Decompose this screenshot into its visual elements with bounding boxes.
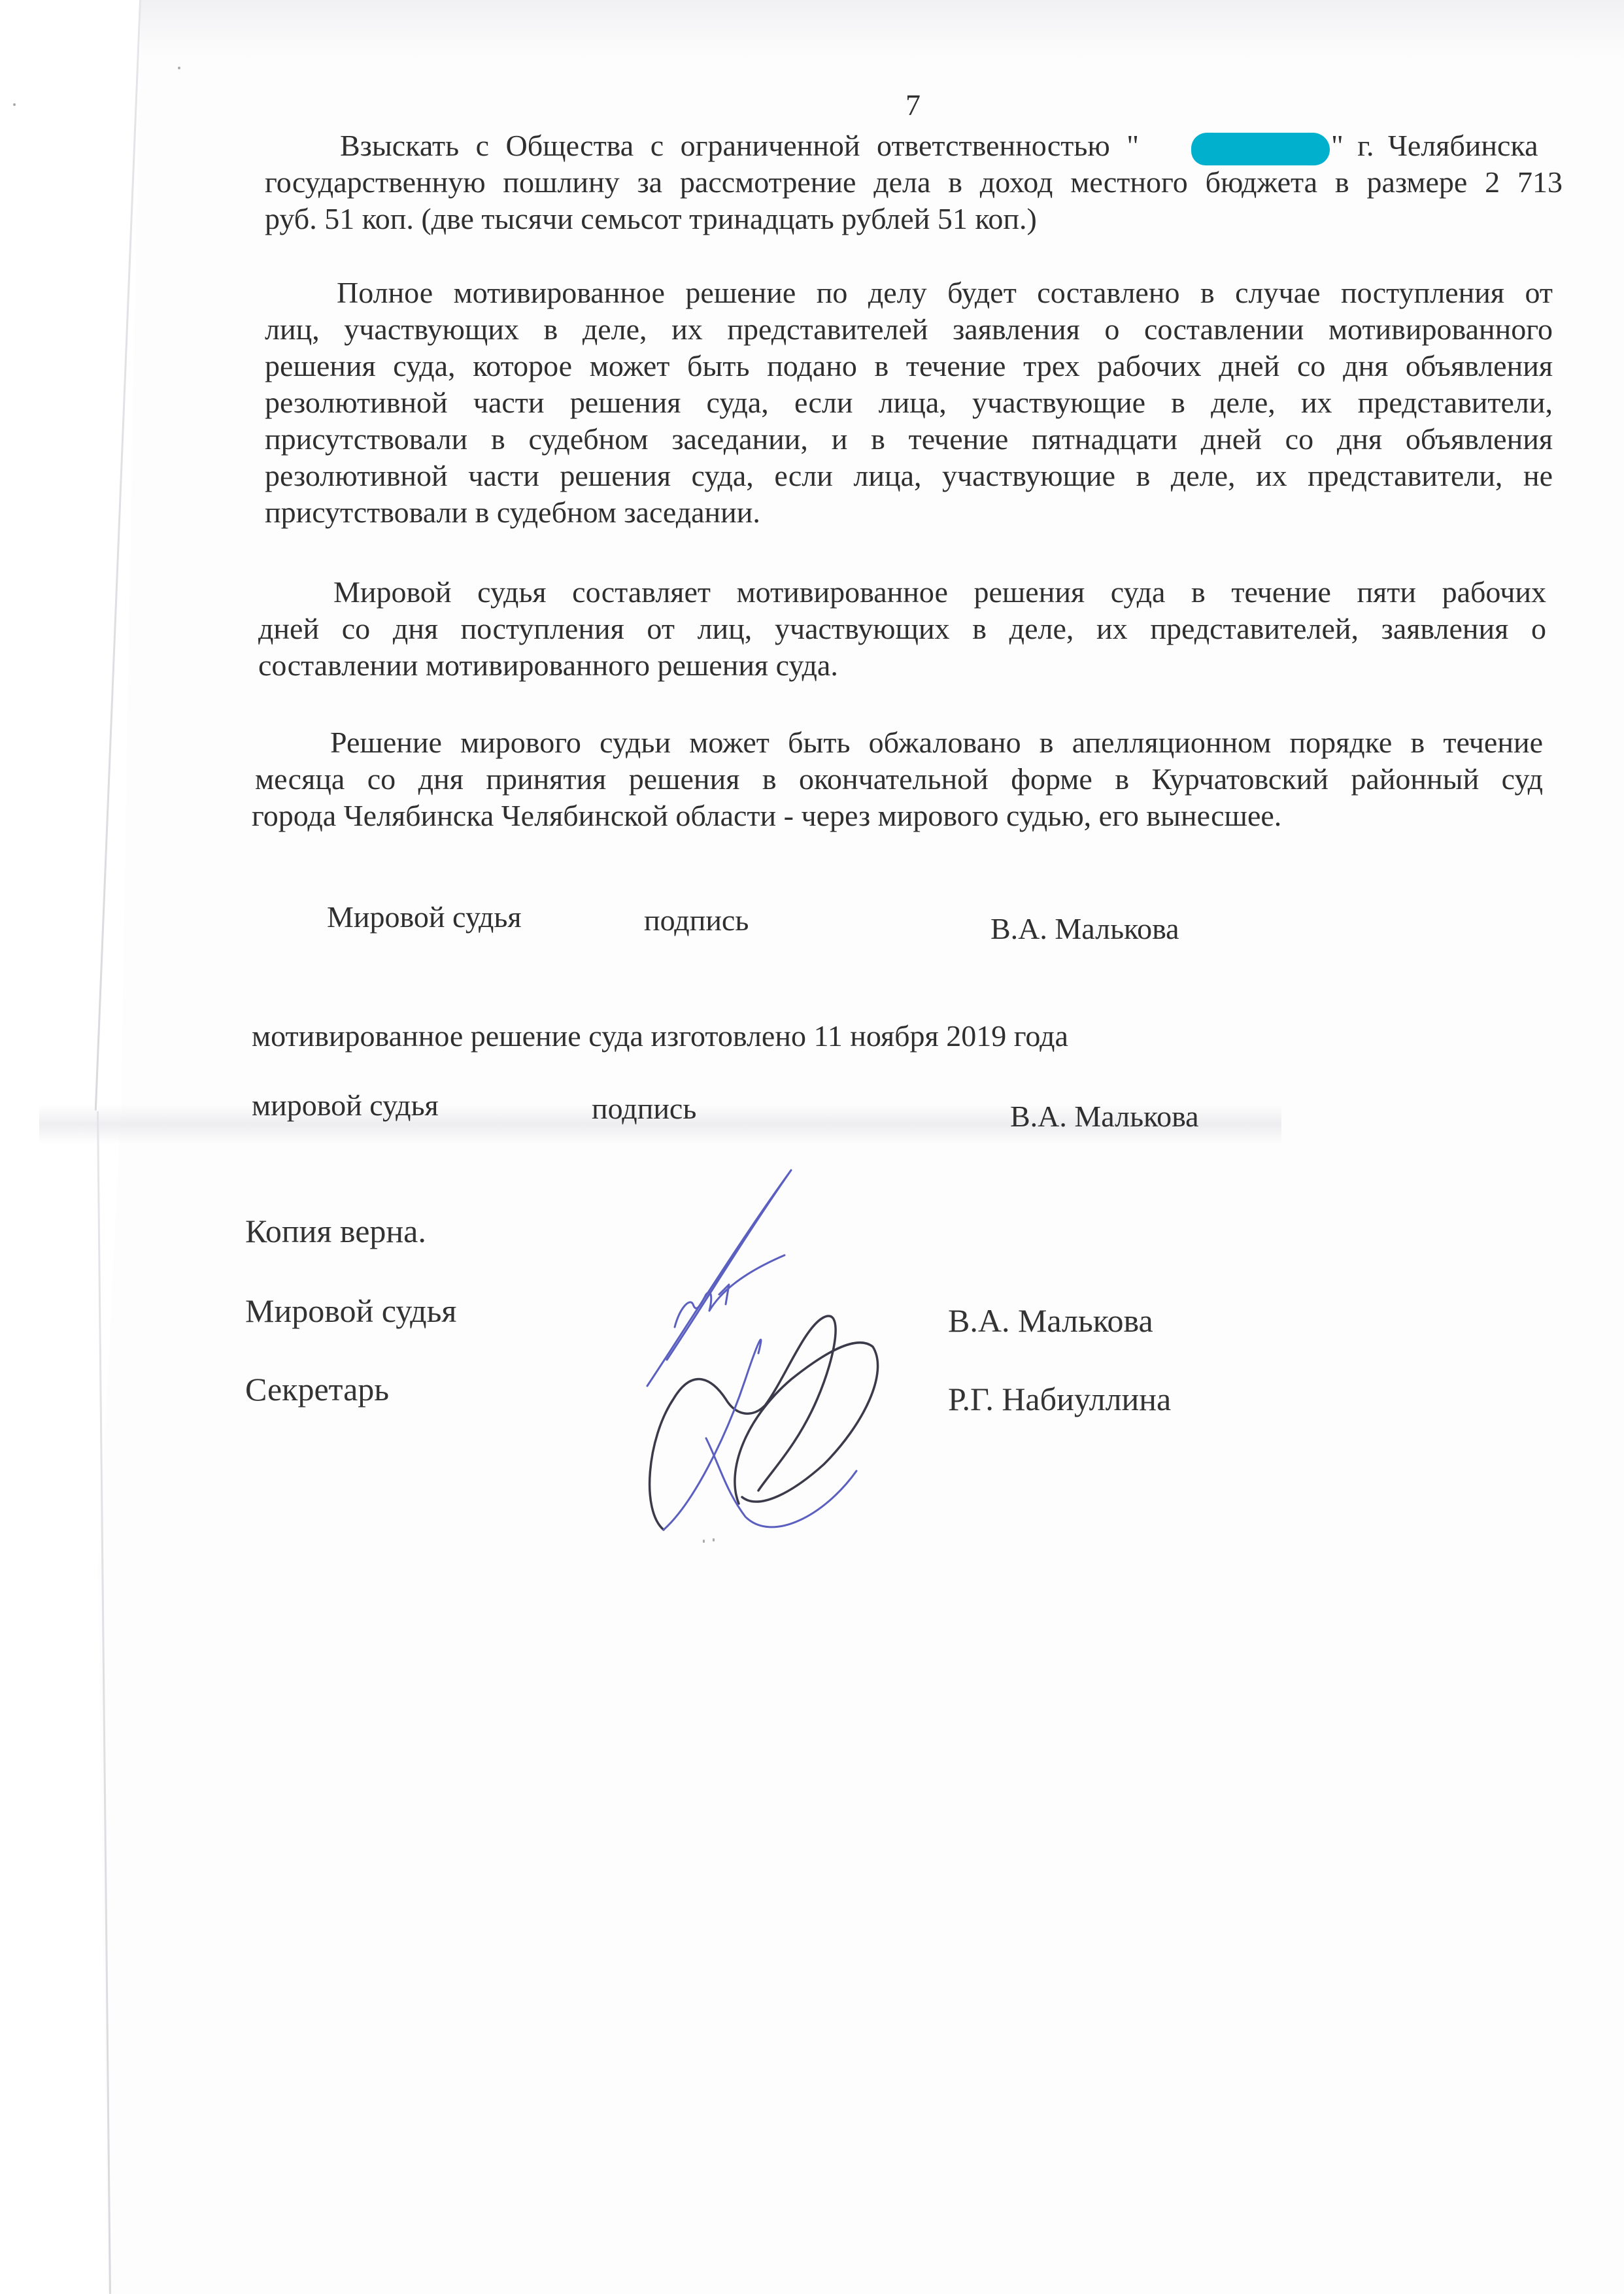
text-line: руб. 51 коп. (две тысячи семьсот тринадц… (265, 201, 1037, 237)
text-line: государственную пошлину за рассмотрение … (265, 164, 1563, 201)
judge-role: Мировой судья (327, 899, 522, 936)
judge-name: В.А. Малькова (1010, 1098, 1199, 1135)
copy-certified-label: Копия верна. (245, 1211, 426, 1251)
text-line: " г. Челябинска (1331, 127, 1538, 164)
judge-role: мировой судья (252, 1087, 439, 1124)
signature-placeholder: подпись (592, 1090, 696, 1127)
signature-placeholder: подпись (644, 902, 749, 939)
paper-top-shadow (141, 0, 1624, 59)
text-line: Решение мирового судьи может быть обжало… (330, 724, 1543, 761)
redaction-mark (1191, 133, 1330, 165)
text-line: присутствовали в судебном заседании, и в… (265, 421, 1553, 458)
text-line: резолютивной части решения суда, если ли… (265, 384, 1553, 421)
text-line: дней со дня поступления от лиц, участвую… (258, 611, 1546, 647)
text-line: города Челябинска Челябинской области - … (252, 798, 1281, 834)
text-line: Полное мотивированное решение по делу бу… (337, 275, 1553, 311)
text-line: составлении мотивированного решения суда… (258, 647, 838, 684)
text-line: лиц, участвующих в деле, их представител… (265, 311, 1553, 348)
text-line: резолютивной части решения суда, если ли… (265, 458, 1553, 494)
scan-speck (13, 103, 16, 106)
text-line: Мировой судья составляет мотивированное … (333, 574, 1546, 611)
text-line: месяца со дня принятия решения в окончат… (255, 761, 1543, 798)
text-line: Взыскать с Общества с ограниченной ответ… (340, 127, 1190, 164)
certification-judge-role: Мировой судья (245, 1291, 456, 1330)
page-number: 7 (905, 87, 921, 124)
text-line: присутствовали в судебном заседании. (265, 494, 760, 531)
handwritten-signature (628, 1164, 994, 1543)
text-line: решения суда, которое может быть подано … (265, 348, 1553, 384)
secretary-role: Секретарь (245, 1370, 389, 1409)
judge-name: В.А. Малькова (990, 911, 1179, 947)
motivated-decision-date: мотивированное решение суда изготовлено … (252, 1018, 1068, 1054)
scan-speck (178, 67, 180, 69)
